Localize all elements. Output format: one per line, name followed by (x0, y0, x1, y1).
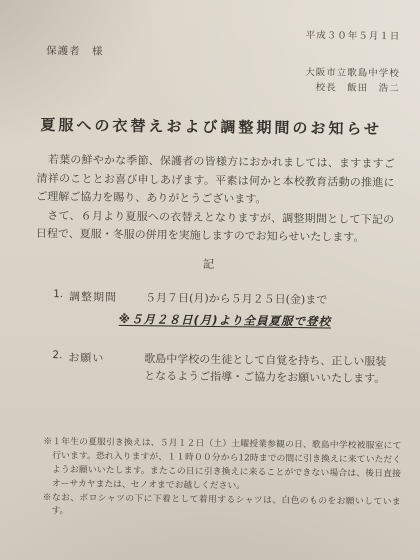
item-list: 1. 調整期間 ５月７日(月)から５月２５日(金)まで ※５月２８日(月)より全… (52, 288, 393, 388)
item-body: ５月７日(月)から５月２５日(金)まで ※５月２８日(月)より全員夏服で登校 (145, 289, 393, 332)
recipient-line: 保護者 様 (2, 42, 420, 62)
greeting-paragraph: 若葉の鮮やかな季節、保護者の皆様方におかれましては、ますますご清祥のこととお喜び… (36, 151, 395, 211)
photographed-notice: 平成３０年５月１日 保護者 様 大阪市立歌島中学校 校長 飯田 浩二 夏服への衣… (0, 0, 420, 560)
footnote: ※１年生の夏服引き換えは、５月１２日（土）土曜授業参観の日、歌島中学校被服室にて… (43, 436, 402, 496)
item-head: 2. お願い (52, 349, 144, 366)
date: 平成３０年５月１日 (2, 23, 420, 42)
item-text: 歌島中学校の生徒として自覚を持ち、正しい服装となるようご指導・ご協力をお願いいた… (144, 352, 386, 386)
notice-title: 夏服への衣替えおよび調整期間のお知らせ (1, 114, 420, 140)
item-label: 調整期間 (69, 288, 117, 305)
footnote-block: ※１年生の夏服引き換えは、５月１２日（土）土曜授業参観の日、歌島中学校被服室にて… (42, 436, 401, 524)
footnote: ※なお、ポロシャツの下に下着として着用するシャツは、白色のものをお願いしています… (42, 491, 400, 523)
sender-block: 大阪市立歌島中学校 校長 飯田 浩二 (2, 62, 420, 97)
item-text: ５月７日(月)から５月２５日(金)まで (145, 291, 327, 306)
item-body: 歌島中学校の生徒として自覚を持ち、正しい服装となるようご指導・ご協力をお願いいた… (144, 350, 392, 388)
announcement-paragraph: さて、６月より夏服への衣替えとなりますが、調整期間として下記の日程で、夏服・冬服… (36, 207, 394, 248)
item-label: お願い (68, 349, 104, 365)
item-number: 1. (53, 288, 69, 304)
item-head: 1. 調整期間 (53, 288, 145, 305)
record-marker: 記 (0, 253, 420, 274)
list-item-request: 2. お願い 歌島中学校の生徒として自覚を持ち、正しい服装となるようご指導・ご協… (52, 349, 392, 388)
item-number: 2. (52, 349, 68, 365)
notice-page: 平成３０年５月１日 保護者 様 大阪市立歌島中学校 校長 飯田 浩二 夏服への衣… (0, 0, 420, 560)
body-text: 若葉の鮮やかな季節、保護者の皆様方におかれましては、ますますご清祥のこととお喜び… (36, 151, 395, 248)
list-item-adjustment-period: 1. 調整期間 ５月７日(月)から５月２５日(金)まで ※５月２８日(月)より全… (53, 288, 393, 332)
emphasis-note: ※５月２８日(月)より全員夏服で登校 (119, 310, 393, 332)
